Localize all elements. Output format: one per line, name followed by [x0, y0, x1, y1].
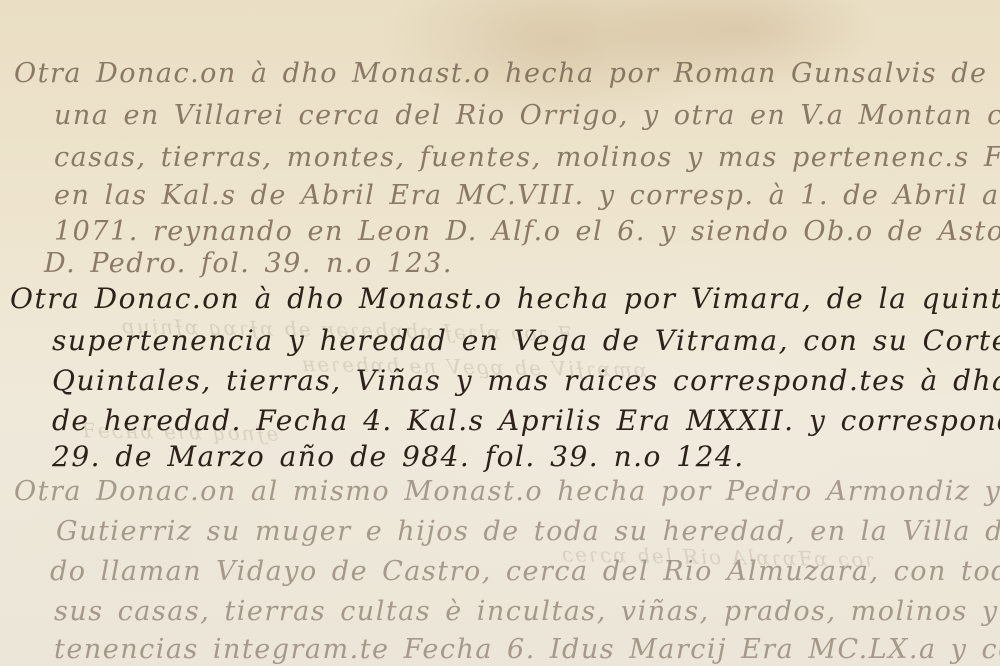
entry-1-line-3: casas, tierras, montes, fuentes, molinos…: [54, 142, 1000, 173]
entry-2-line-5: 29. de Marzo año de 984. fol. 39. n.o 12…: [52, 440, 745, 473]
entry-1-line-4: en las Kal.s de Abril Era MC.VIII. y cor…: [54, 180, 1000, 211]
entry-1-line-6: D. Pedro. fol. 39. n.o 123.: [44, 248, 453, 279]
manuscript-page: ꟻ ɿoɔ ɒlɿəɈ ɒbɒbɘɿəʜ ɘb ɒɈɿɒq ɒɈniup ɒmɒ…: [0, 0, 1000, 666]
entry-3-line-2: Gutierriz su muger e hijos de toda su he…: [56, 516, 1000, 547]
entry-3-line-5: tenencias integram.te Fecha 6. Idus Marc…: [54, 634, 1000, 665]
entry-3-line-3: do llaman Vidayo de Castro, cerca del Ri…: [50, 556, 1000, 587]
entry-1-line-5: 1071. reynando en Leon D. Alf.o el 6. y …: [54, 216, 1000, 247]
entry-1-line-1: Otra Donac.on à dho Monast.o hecha por R…: [14, 58, 1000, 89]
entry-2-line-1: Otra Donac.on à dho Monast.o hecha por V…: [10, 282, 1000, 315]
entry-3-line-1: Otra Donac.on al mismo Monast.o hecha po…: [14, 476, 1000, 507]
entry-2-line-2: supertenencia y heredad en Vega de Vitra…: [52, 324, 1000, 357]
entry-2-line-4: de heredad. Fecha 4. Kal.s Aprilis Era M…: [52, 404, 1000, 437]
entry-2-line-3: Quintales, tierras, Viñas y mas raices c…: [52, 364, 1000, 397]
entry-3-line-4: sus casas, tierras cultas è incultas, vi…: [54, 596, 1000, 627]
entry-1-line-2: una en Villarei cerca del Rio Orrigo, y …: [54, 100, 1000, 131]
